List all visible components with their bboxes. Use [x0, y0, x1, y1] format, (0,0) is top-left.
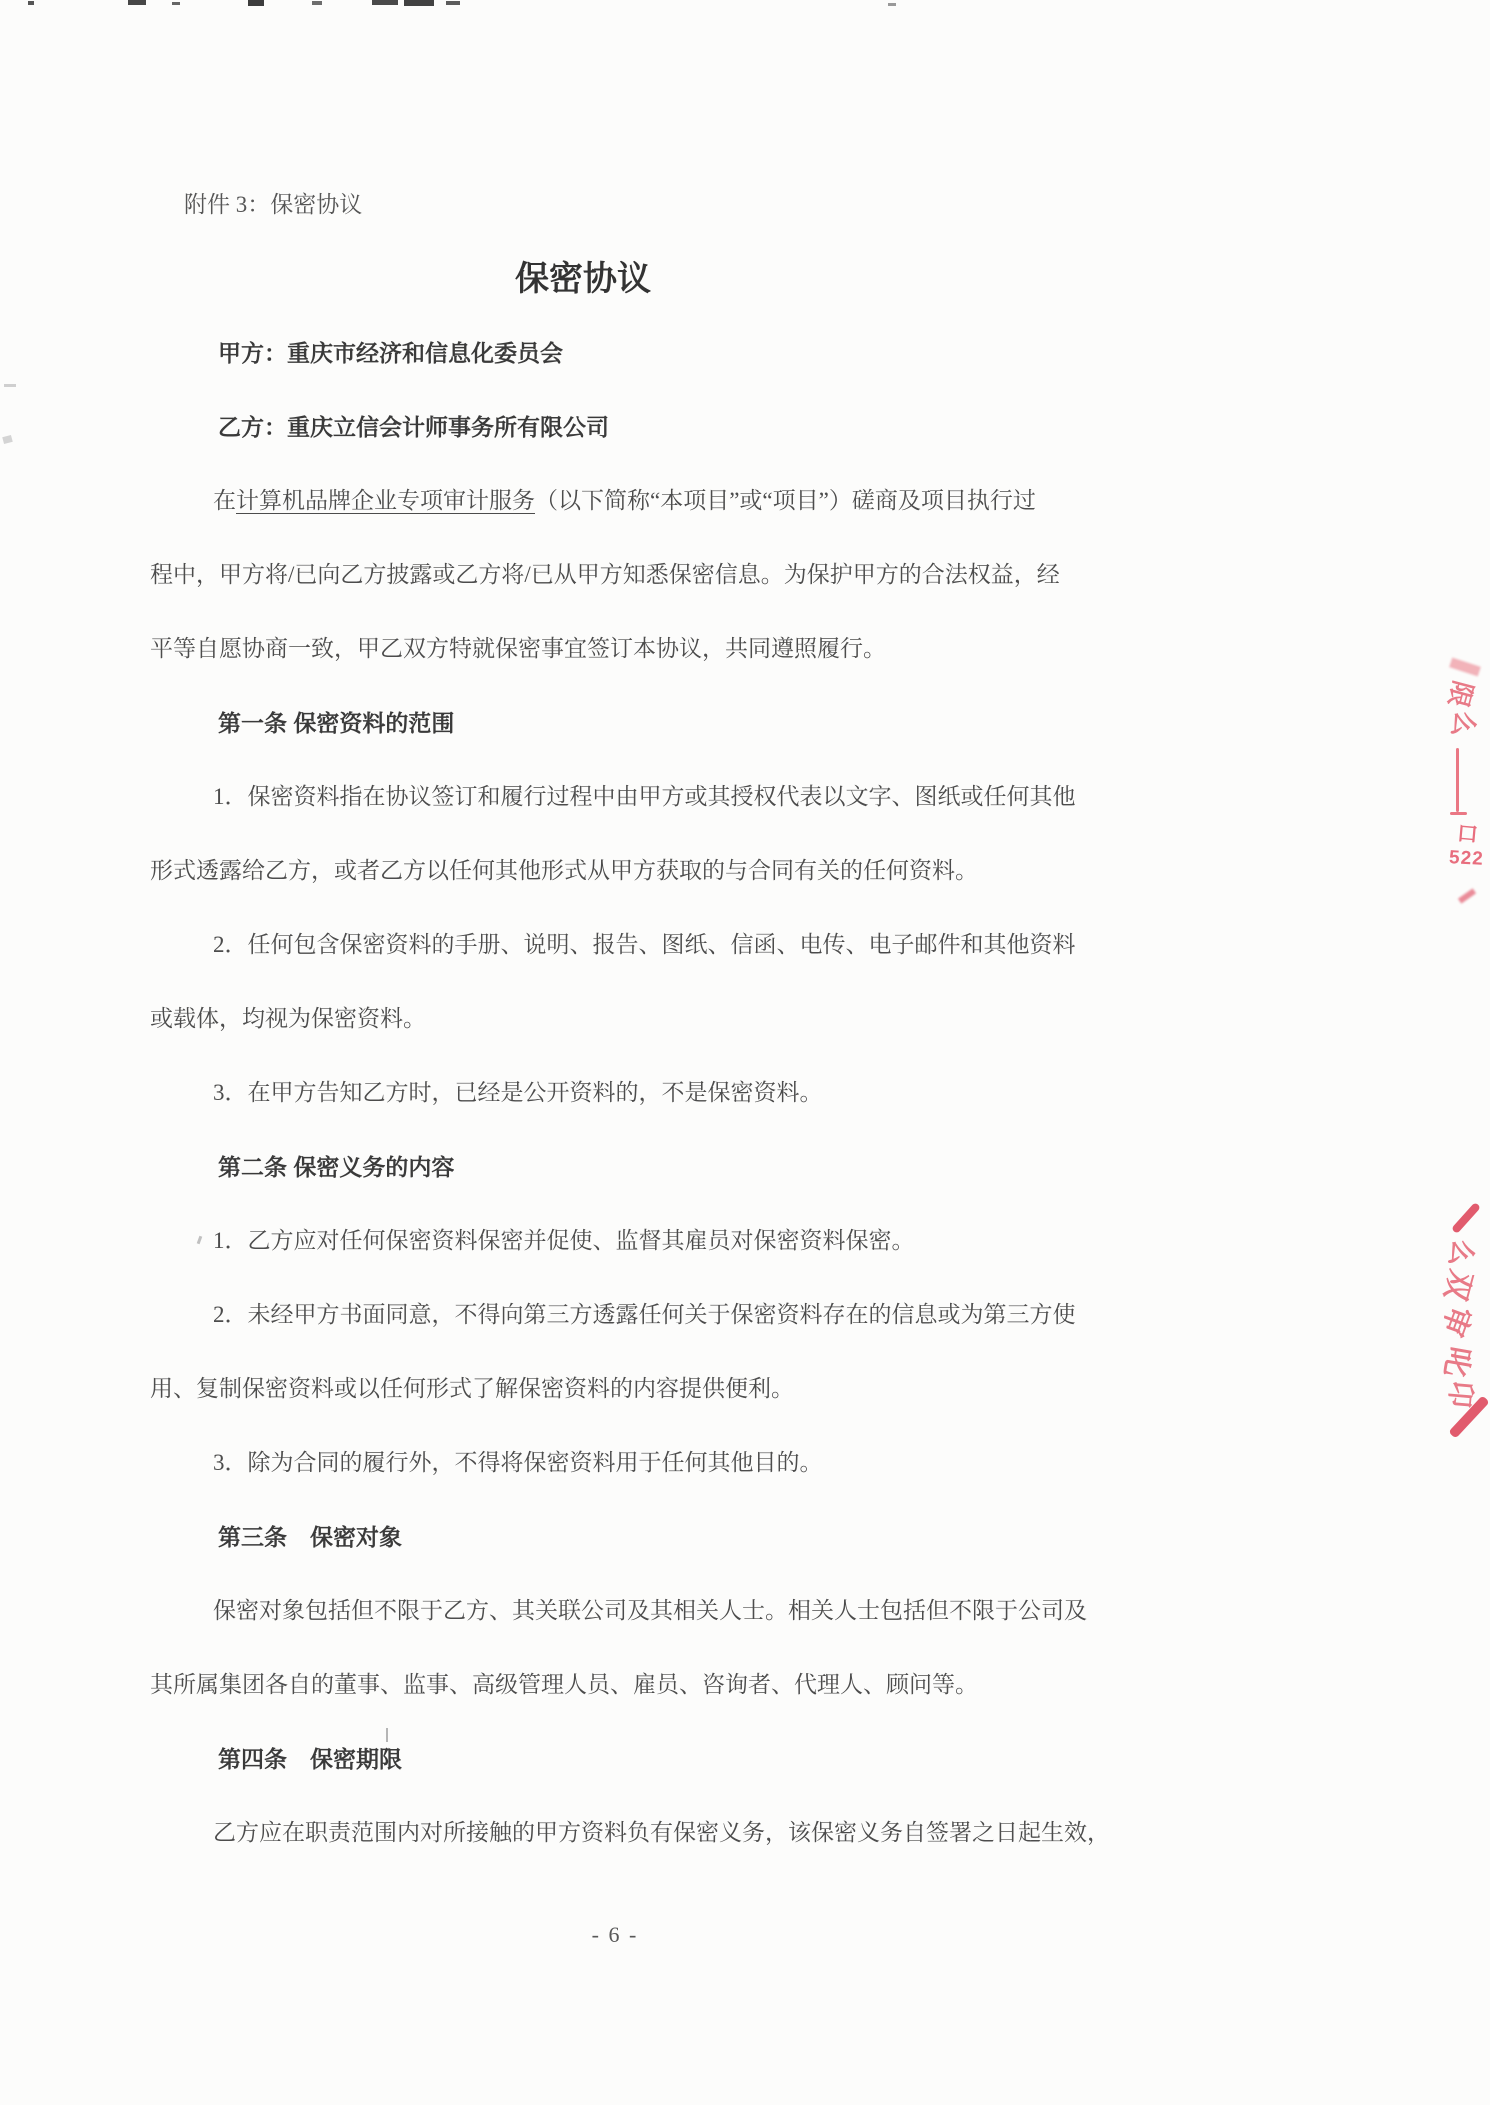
- s3-line-2: 其所属集团各自的董事、监事、高级管理人员、雇员、咨询者、代理人、顾问等。: [150, 1648, 1080, 1722]
- s1-item-3: 3．在甲方告知乙方时，已经是公开资料的，不是保密资料。: [150, 1056, 1080, 1130]
- text-segment: 1．保密资料指在协议签订和履行过程中由甲方或其授权代表以文字、图纸或任何其他: [213, 784, 1076, 809]
- scanned-document-page: 附件 3：保密协议保密协议甲方：重庆市经济和信息化委员会乙方：重庆立信会计师事务…: [0, 0, 1490, 2105]
- text-segment: 甲方：重庆市经济和信息化委员会: [218, 340, 563, 366]
- text-segment: 2．未经甲方书面同意，不得向第三方透露任何关于保密资料存在的信息或为第三方使: [213, 1302, 1076, 1327]
- scan-artifact: [172, 2, 180, 5]
- text-segment: （以下简称“本项目”或“项目”）磋商及项目执行过: [535, 488, 1036, 513]
- text-segment: 乙方应在职责范围内对所接触的甲方资料负有保密义务，该保密义务自签署之日起生效，: [213, 1820, 1110, 1845]
- scan-artifact: [888, 3, 896, 6]
- scan-artifact: [404, 0, 434, 6]
- s2-item-3: 3．除为合同的履行外，不得将保密资料用于任何其他目的。: [150, 1426, 1080, 1500]
- text-segment: 或载体，均视为保密资料。: [150, 1006, 426, 1031]
- scan-artifact: [4, 384, 16, 387]
- intro-line-3: 平等自愿协商一致，甲乙双方特就保密事宜签订本协议，共同遵照履行。: [150, 612, 1080, 686]
- scan-artifact: [248, 0, 264, 6]
- section-1-heading: 第一条 保密资料的范围: [150, 686, 1080, 760]
- stamp-character: 叱: [1436, 1343, 1485, 1380]
- stamp-smudge: [1458, 888, 1476, 903]
- intro-line-2: 程中，甲方将/已向乙方披露或乙方将/已从甲方知悉保密信息。为保护甲方的合法权益，…: [150, 538, 1080, 612]
- text-segment: 2．任何包含保密资料的手册、说明、报告、图纸、信函、电传、电子邮件和其他资料: [213, 932, 1076, 957]
- document-body: 附件 3：保密协议保密协议甲方：重庆市经济和信息化委员会乙方：重庆立信会计师事务…: [150, 168, 1080, 1870]
- text-segment: 第三条 保密对象: [218, 1524, 402, 1550]
- s1-item-2-line-1: 2．任何包含保密资料的手册、说明、报告、图纸、信函、电传、电子邮件和其他资料: [150, 908, 1080, 982]
- underlined-project-name: 计算机品牌企业专项审计服务: [236, 488, 535, 513]
- text-segment: 3．除为合同的履行外，不得将保密资料用于任何其他目的。: [213, 1450, 823, 1475]
- s2-item-2-line-2: 用、复制保密资料或以任何形式了解保密资料的内容提供便利。: [150, 1352, 1080, 1426]
- attachment-label: 附件 3：保密协议: [150, 168, 1080, 242]
- scan-artifact: [386, 1728, 388, 1742]
- text-segment: 第二条 保密义务的内容: [218, 1154, 454, 1180]
- party-b: 乙方：重庆立信会计师事务所有限公司: [150, 390, 1080, 464]
- page-number: - 6 -: [150, 1922, 1080, 1948]
- scan-artifact: [312, 1, 322, 5]
- intro-line-1: 在计算机品牌企业专项审计服务（以下简称“本项目”或“项目”）磋商及项目执行过: [150, 464, 1080, 538]
- text-segment: 第一条 保密资料的范围: [218, 710, 454, 736]
- text-segment: 程中，甲方将/已向乙方披露或乙方将/已从甲方知悉保密信息。为保护甲方的合法权益，…: [150, 562, 1060, 587]
- stamp-character: 么: [1442, 1237, 1485, 1270]
- scan-artifact: [28, 1, 34, 5]
- stamp-character: 审: [1433, 1300, 1485, 1343]
- stamp-box-character: 口: [1456, 817, 1481, 849]
- stamp-number: 522: [1448, 847, 1484, 871]
- s3-line-1: 保密对象包括但不限于乙方、其关联公司及其相关人士。相关人士包括但不限于公司及: [150, 1574, 1080, 1648]
- party-a: 甲方：重庆市经济和信息化委员会: [150, 316, 1080, 390]
- stamp-vertical-line: [1456, 748, 1459, 812]
- scan-artifact: [128, 0, 146, 5]
- document-title: 保密协议: [150, 242, 1080, 316]
- text-segment: 1．乙方应对任何保密资料保密并促使、监督其雇员对保密资料保密。: [213, 1228, 915, 1253]
- scan-artifact: [372, 0, 398, 5]
- s1-item-1-line-1: 1．保密资料指在协议签订和履行过程中由甲方或其授权代表以文字、图纸或任何其他: [150, 760, 1080, 834]
- section-4-heading: 第四条 保密期限: [150, 1722, 1080, 1796]
- stamp-stroke: [1451, 1202, 1481, 1234]
- text-segment: 第四条 保密期限: [218, 1746, 402, 1772]
- text-segment: 平等自愿协商一致，甲乙双方特就保密事宜签订本协议，共同遵照履行。: [150, 636, 886, 661]
- text-segment: 保密协议: [515, 260, 651, 298]
- s2-item-2-line-1: 2．未经甲方书面同意，不得向第三方透露任何关于保密资料存在的信息或为第三方使: [150, 1278, 1080, 1352]
- s2-item-1: 1．乙方应对任何保密资料保密并促使、监督其雇员对保密资料保密。: [150, 1204, 1080, 1278]
- stamp-smudge: [1449, 658, 1481, 677]
- text-segment: 用、复制保密资料或以任何形式了解保密资料的内容提供便利。: [150, 1376, 794, 1401]
- section-3-heading: 第三条 保密对象: [150, 1500, 1080, 1574]
- section-2-heading: 第二条 保密义务的内容: [150, 1130, 1080, 1204]
- stamp-character: 限: [1441, 677, 1483, 712]
- scan-artifact: [446, 1, 460, 5]
- text-segment: 保密对象包括但不限于乙方、其关联公司及其相关人士。相关人士包括但不限于公司及: [213, 1598, 1087, 1623]
- s4-line-1: 乙方应在职责范围内对所接触的甲方资料负有保密义务，该保密义务自签署之日起生效，: [150, 1796, 1080, 1870]
- text-segment: 乙方：重庆立信会计师事务所有限公司: [218, 414, 609, 440]
- text-segment: 其所属集团各自的董事、监事、高级管理人员、雇员、咨询者、代理人、顾问等。: [150, 1672, 978, 1697]
- s1-item-2-line-2: 或载体，均视为保密资料。: [150, 982, 1080, 1056]
- text-segment: 在: [213, 488, 236, 513]
- scan-artifact: [2, 435, 13, 444]
- text-segment: 形式透露给乙方，或者乙方以任何其他形式从甲方获取的与合同有关的任何资料。: [150, 858, 978, 883]
- text-segment: 附件 3：保密协议: [184, 192, 362, 217]
- stamp-horizontal-line: [1450, 812, 1467, 815]
- stamp-character: 么: [1445, 708, 1486, 740]
- text-segment: 3．在甲方告知乙方时，已经是公开资料的，不是保密资料。: [213, 1080, 823, 1105]
- s1-item-1-line-2: 形式透露给乙方，或者乙方以任何其他形式从甲方获取的与合同有关的任何资料。: [150, 834, 1080, 908]
